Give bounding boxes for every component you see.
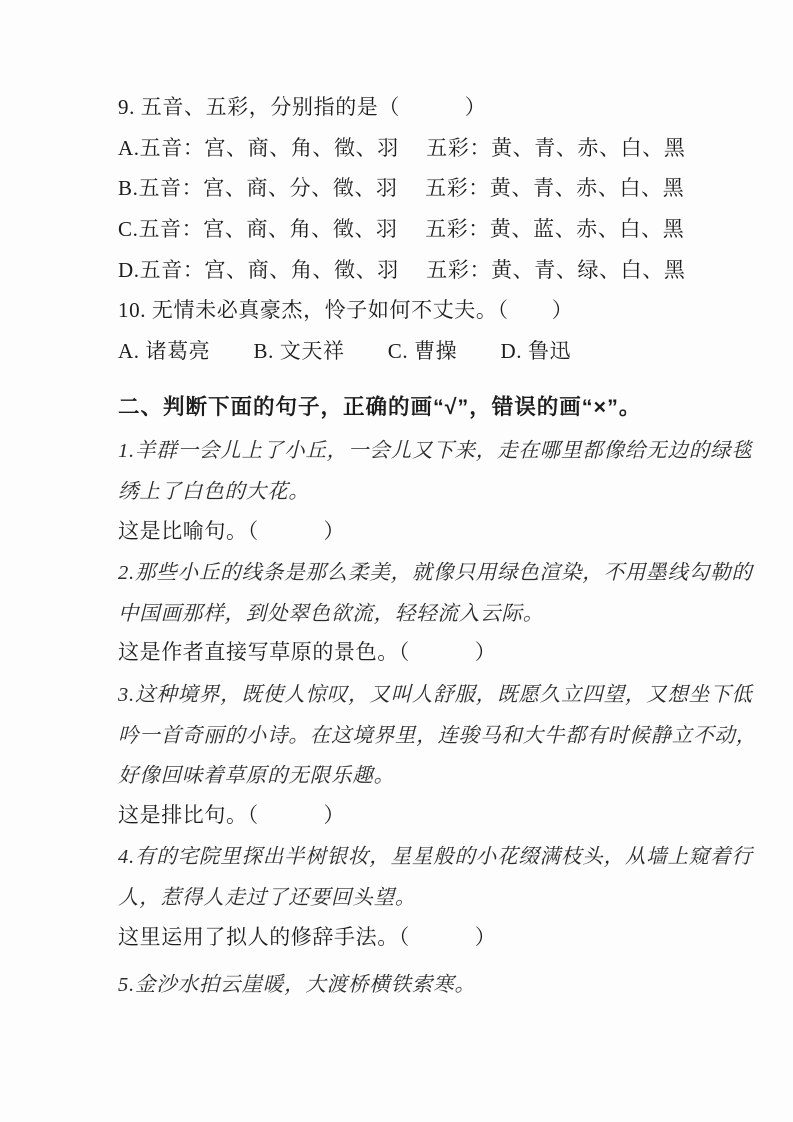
statement-4-text-line-2: 人，惹得人走过了还要回头望。 [118,875,698,916]
statement-3-judgment: 这是排比句。（ ） [118,794,698,835]
worksheet-page: 9. 五音、五彩，分别指的是（ ） A.五音：宫、商、角、徵、羽 五彩：黄、青、… [0,0,793,1122]
statement-1-text-line-2: 绣上了白色的大花。 [118,469,698,510]
statement-2-text-line-1: 2.那些小丘的线条是那么柔美，就像只用绿色渲染，不用墨线勾勒的 [118,550,698,591]
statement-1-judgment: 这是比喻句。（ ） [118,509,698,550]
statement-3-text-line-2: 吟一首奇丽的小诗。在这境界里，连骏马和大牛都有时候静立不动， [118,712,698,753]
statement-4-judgment: 这里运用了拟人的修辞手法。（ ） [118,915,698,956]
question-9-option-a: A.五音：宫、商、角、徵、羽 五彩：黄、青、赤、白、黑 [118,127,698,168]
statement-2-text-line-2: 中国画那样，到处翠色欲流，轻轻流入云际。 [118,591,698,632]
statement-4-text-line-1: 4.有的宅院里探出半树银妆，星星般的小花缀满枝头，从墙上窥着行 [118,834,698,875]
question-9-option-c: C.五音：宫、商、角、徵、羽 五彩：黄、蓝、赤、白、黑 [118,208,698,249]
statement-5-text-line-1: 5.金沙水拍云崖暖，大渡桥横铁索寒。 [118,962,698,1003]
question-10-options-line: A. 诸葛亮 B. 文天祥 C. 曹操 D. 鲁迅 [118,330,698,371]
question-10-stem: 10. 无情未必真豪杰，怜子如何不丈夫。（ ） [118,289,698,330]
statement-2-judgment: 这是作者直接写草原的景色。（ ） [118,631,698,672]
statement-3-text-line-3: 好像回味着草原的无限乐趣。 [118,753,698,794]
statement-1-text-line-1: 1.羊群一会儿上了小丘，一会儿又下来，走在哪里都像给无边的绿毯 [118,428,698,469]
section-two-heading: 二、判断下面的句子，正确的画“√”，错误的画“×”。 [118,382,698,428]
worksheet-content: 9. 五音、五彩，分别指的是（ ） A.五音：宫、商、角、徵、羽 五彩：黄、青、… [118,86,698,1002]
statement-3-text-line-1: 3.这种境界，既使人惊叹，又叫人舒服，既愿久立四望，又想坐下低 [118,672,698,713]
question-9-option-b: B.五音：宫、商、分、徵、羽 五彩：黄、青、赤、白、黑 [118,167,698,208]
question-9-option-d: D.五音：宫、商、角、徵、羽 五彩：黄、青、绿、白、黑 [118,248,698,289]
question-9-stem: 9. 五音、五彩，分别指的是（ ） [118,86,698,127]
